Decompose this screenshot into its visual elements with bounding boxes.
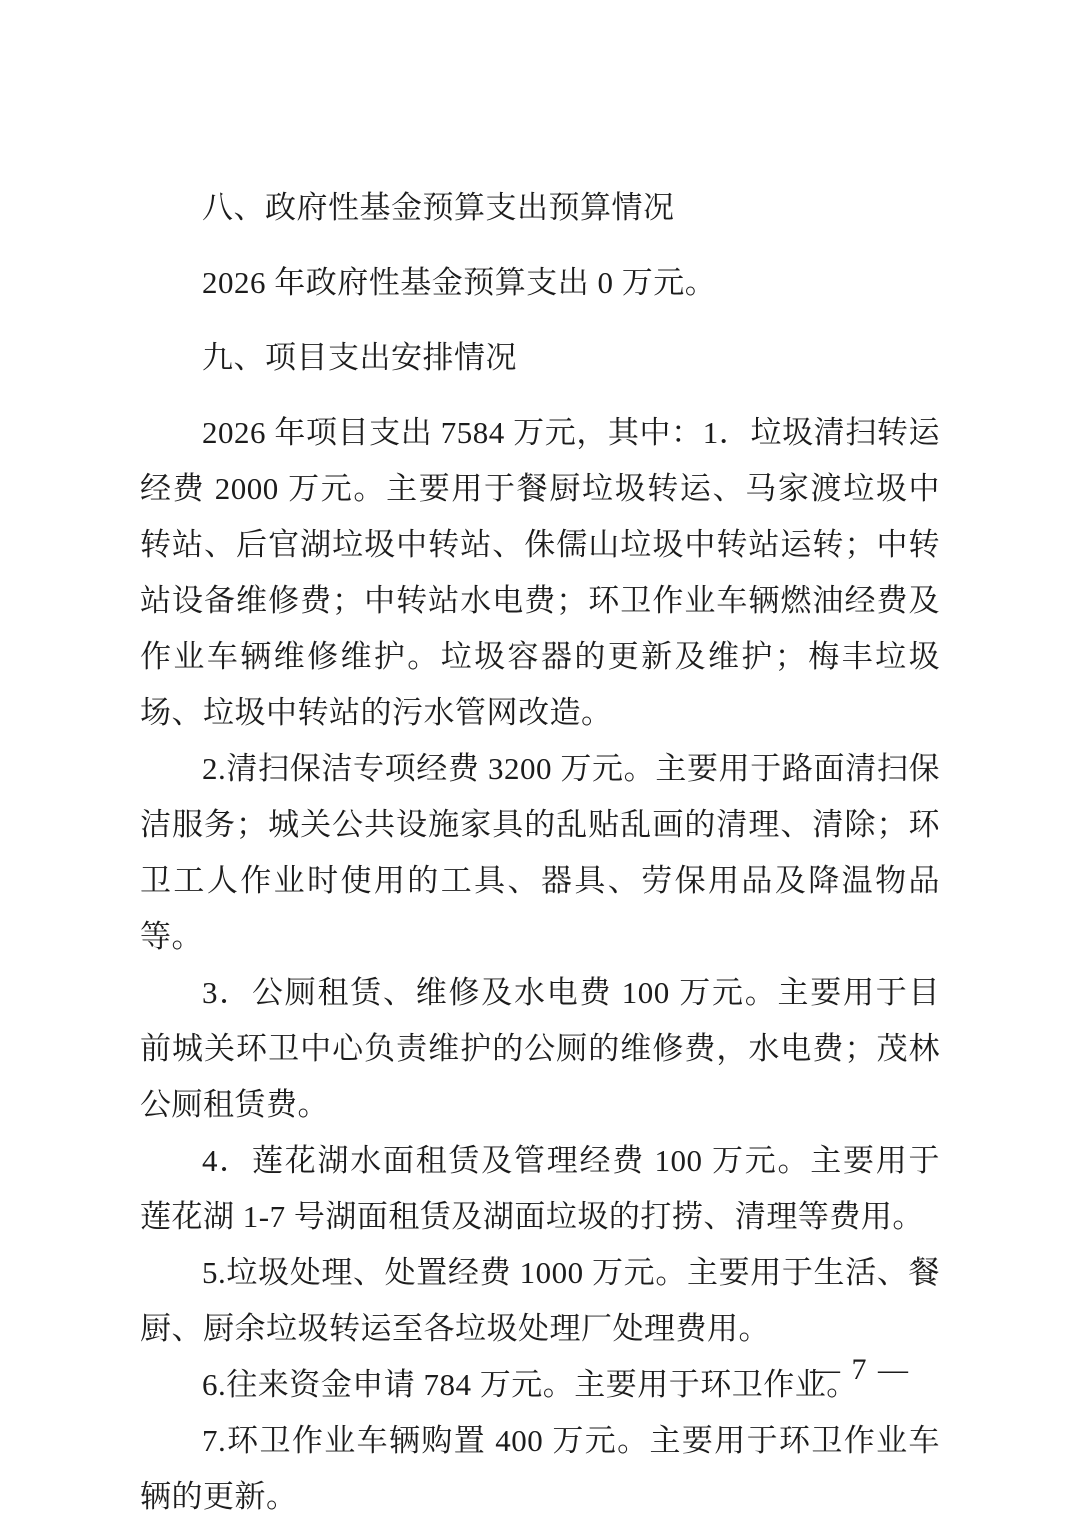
paragraph-item-4-lianhua-lake: 4．莲花湖水面租赁及管理经费 100 万元。主要用于莲花湖 1-7 号湖面租赁及… (140, 1133, 940, 1245)
paragraph-item-1-garbage-transfer: 2026 年项目支出 7584 万元，其中：1．垃圾清扫转运经费 2000 万元… (140, 405, 940, 741)
paragraph-gov-fund-expenditure: 2026 年政府性基金预算支出 0 万元。 (140, 255, 940, 311)
paragraph-item-2-cleaning-special-fund: 2.清扫保洁专项经费 3200 万元。主要用于路面清扫保洁服务；城关公共设施家具… (140, 741, 940, 965)
document-content: 八、政府性基金预算支出预算情况 2026 年政府性基金预算支出 0 万元。 九、… (140, 180, 940, 1520)
section-heading-project-expenditure: 九、项目支出安排情况 (140, 330, 940, 386)
document-page: 八、政府性基金预算支出预算情况 2026 年政府性基金预算支出 0 万元。 九、… (0, 0, 1074, 1520)
paragraph-item-3-public-toilet: 3．公厕租赁、维修及水电费 100 万元。主要用于目前城关环卫中心负责维护的公厕… (140, 965, 940, 1133)
paragraph-item-5-garbage-disposal: 5.垃圾处理、处置经费 1000 万元。主要用于生活、餐厨、厨余垃圾转运至各垃圾… (140, 1245, 940, 1357)
section-heading-gov-fund-budget: 八、政府性基金预算支出预算情况 (140, 180, 940, 236)
page-number: — 7 — (810, 1350, 910, 1390)
paragraph-item-7-vehicle-purchase: 7.环卫作业车辆购置 400 万元。主要用于环卫作业车辆的更新。 (140, 1413, 940, 1520)
